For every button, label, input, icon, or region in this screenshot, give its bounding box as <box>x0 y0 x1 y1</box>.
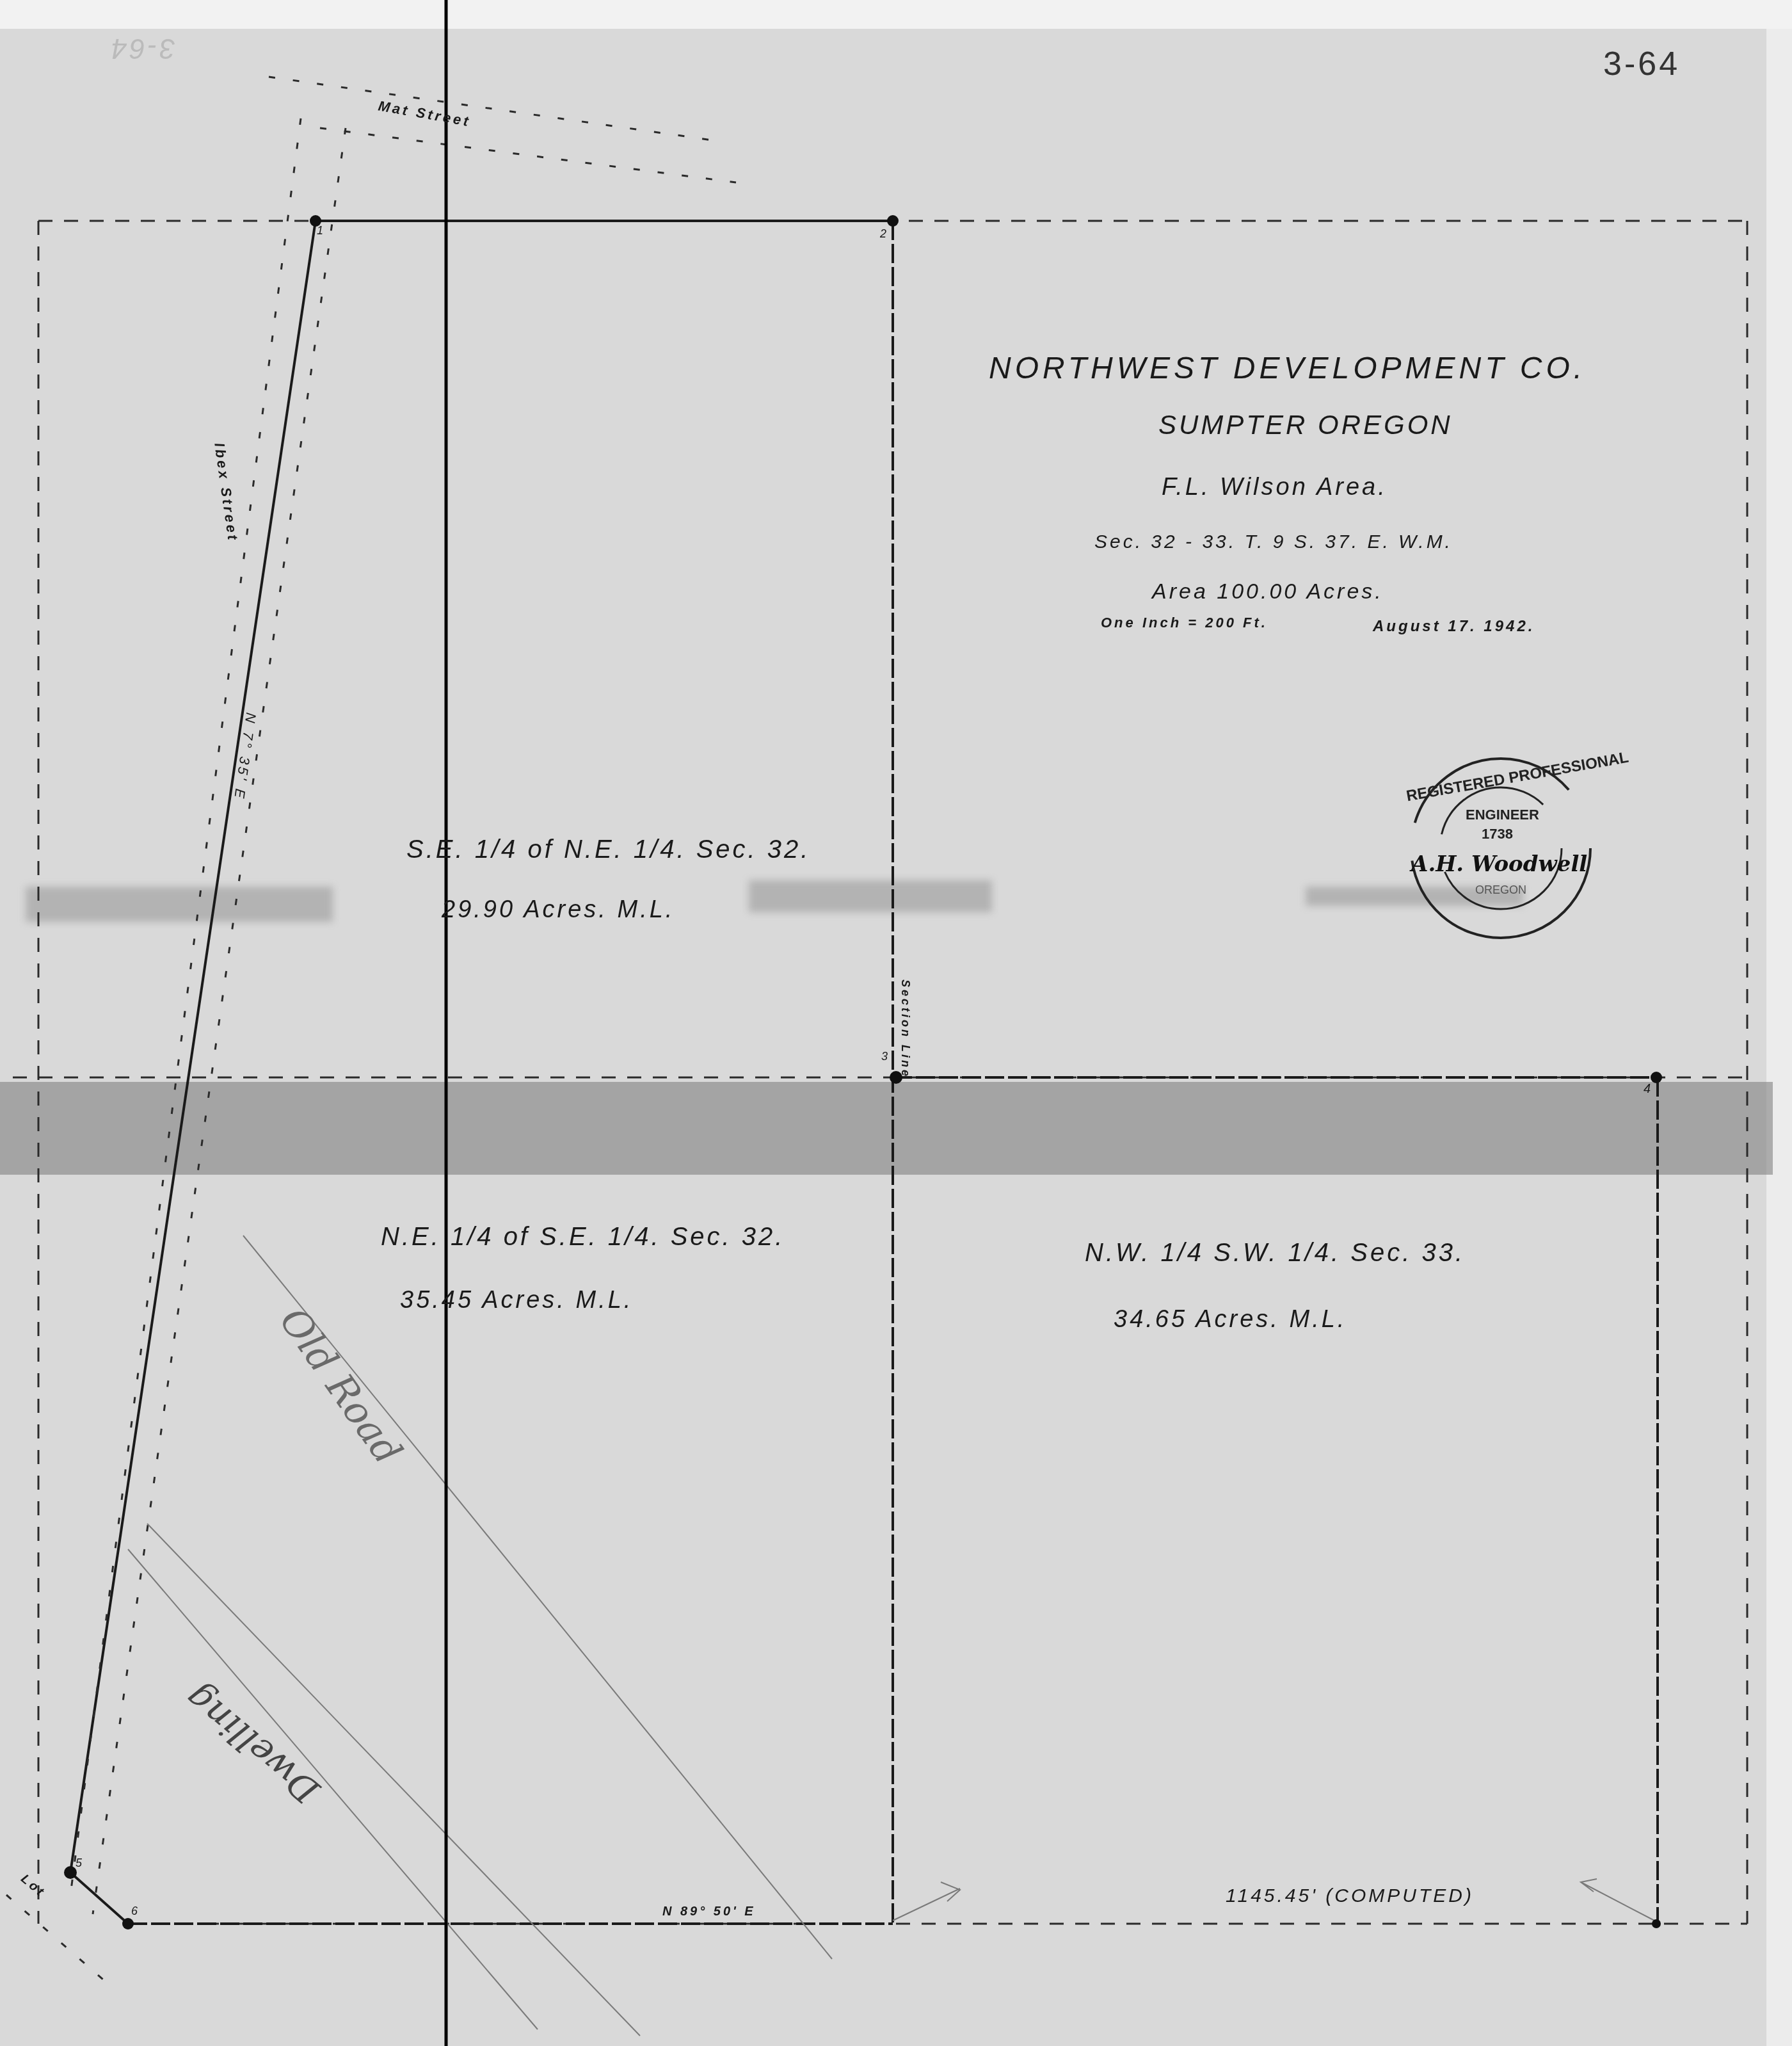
sheet-id-label: 3-64 <box>1603 45 1680 83</box>
scale: One Inch = 200 Ft. <box>1101 615 1268 631</box>
location: SUMPTER OREGON <box>1158 410 1453 440</box>
section-line-label: Section Line <box>899 979 912 1079</box>
date: August 17. 1942. <box>1373 618 1535 636</box>
corner-number-5: 5 <box>76 1857 84 1870</box>
computed-distance-label: 1145.45' (COMPUTED) <box>1226 1885 1474 1907</box>
street-edges <box>6 77 736 1985</box>
parcel-description: S.E. 1/4 of N.E. 1/4. Sec. 32. <box>406 835 810 864</box>
parcel-acreage: 34.65 Acres. M.L. <box>1114 1306 1347 1333</box>
parcel-description: N.W. 1/4 S.W. 1/4. Sec. 33. <box>1085 1239 1465 1268</box>
corner-number-1: 1 <box>317 224 326 238</box>
company-name: NORTHWEST DEVELOPMENT CO. <box>989 351 1586 386</box>
bottom-bearing-label: N 89° 50' E <box>662 1905 756 1919</box>
outer-boundary <box>13 221 1747 1924</box>
engineer-stamp: REGISTERED PROFESSIONAL ENGINEER 1738 A.… <box>1398 746 1603 951</box>
corner-number-6: 6 <box>131 1905 140 1918</box>
legal-description: Sec. 32 - 33. T. 9 S. 37. E. W.M. <box>1094 531 1453 553</box>
pencil-lines <box>128 1236 1654 2036</box>
total-area: Area 100.00 Acres. <box>1152 579 1384 604</box>
area-name: F.L. Wilson Area. <box>1162 474 1388 501</box>
parcel-lines <box>70 221 1658 1924</box>
stamp-signature: A.H. Woodwell <box>1411 851 1587 877</box>
parcel-acreage: 29.90 Acres. M.L. <box>442 896 675 924</box>
corner-number-2: 2 <box>880 227 889 241</box>
faded-sheet-id-label: 3-64 <box>109 32 175 64</box>
parcel-acreage: 35.45 Acres. M.L. <box>400 1287 633 1314</box>
corner-monuments <box>64 215 1662 1929</box>
stamp-number: 1738 <box>1482 826 1513 842</box>
parcel-description: N.E. 1/4 of S.E. 1/4. Sec. 32. <box>381 1223 785 1252</box>
stamp-inner-text: ENGINEER <box>1466 807 1539 823</box>
stamp-lower-text: OREGON <box>1475 883 1526 897</box>
corner-number-3: 3 <box>881 1050 890 1063</box>
corner-number-4: 4 <box>1644 1082 1653 1097</box>
